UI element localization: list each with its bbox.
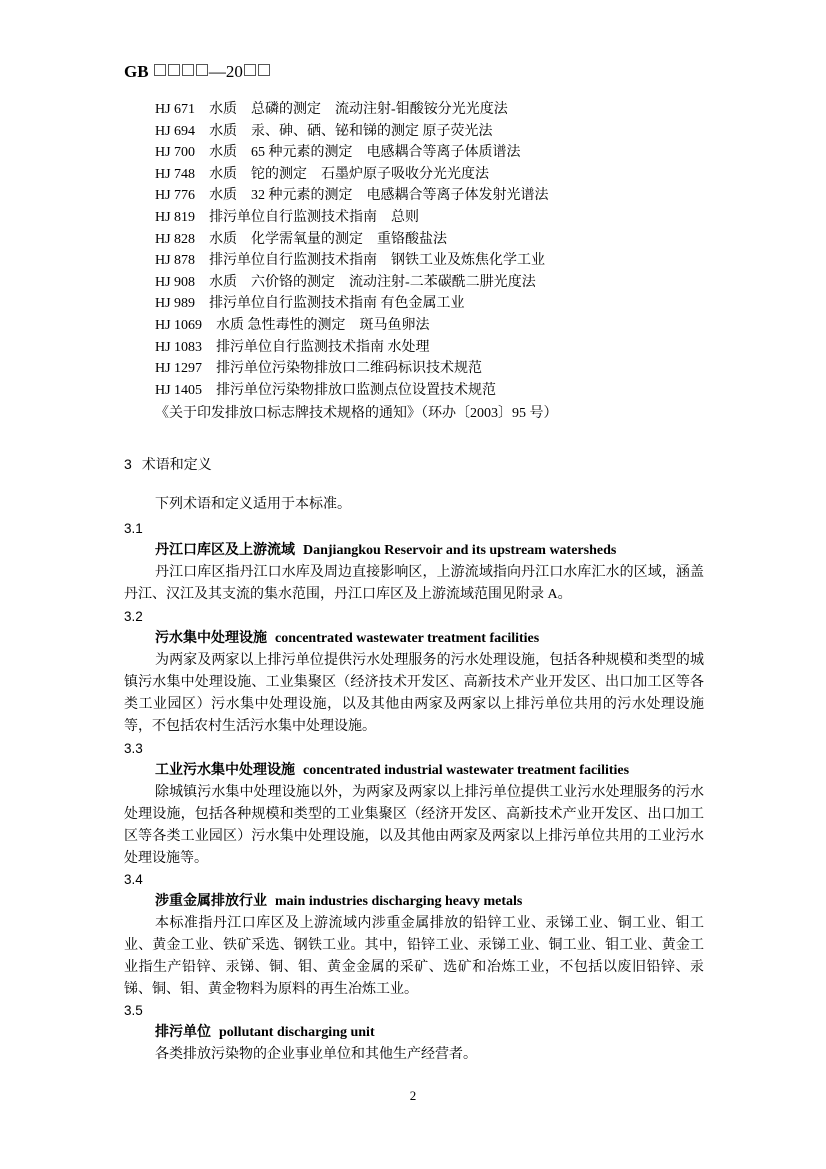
term-number: 3.5	[124, 1000, 704, 1022]
placeholder-boxes-b	[243, 62, 271, 81]
reference-title: 排污单位自行监测技术指南 钢铁工业及炼焦化学工业	[209, 253, 545, 268]
term-entry: 3.2 污水集中处理设施concentrated wastewater trea…	[124, 606, 704, 738]
document-page: GB —20 HJ 671 水质 总磷的测定 流动注射-钼酸铵分光光度法 HJ …	[0, 0, 826, 1169]
reference-code: HJ 700	[155, 142, 195, 164]
reference-item: HJ 908 水质 六价铬的测定 流动注射-二苯碳酰二肼光度法	[155, 272, 549, 294]
reference-code: HJ 694	[155, 121, 195, 143]
reference-title: 水质 65 种元素的测定 电感耦合等离子体质谱法	[209, 145, 521, 160]
reference-title: 水质 总磷的测定 流动注射-钼酸铵分光光度法	[209, 102, 508, 117]
reference-title: 排污单位自行监测技术指南 有色金属工业	[209, 296, 465, 311]
term-name-cn: 排污单位	[155, 1025, 211, 1040]
term-name-en: main industries discharging heavy metals	[275, 894, 522, 909]
section-intro: 下列术语和定义适用于本标准。	[155, 493, 351, 513]
term-definition: 为两家及两家以上排污单位提供污水处理服务的污水处理设施，包括各种规模和类型的城镇…	[124, 650, 704, 738]
term-name: 排污单位pollutant discharging unit	[124, 1022, 704, 1044]
reference-code: HJ 776	[155, 185, 195, 207]
standard-number-header: GB —20	[124, 62, 271, 82]
normative-references-list: HJ 671 水质 总磷的测定 流动注射-钼酸铵分光光度法 HJ 694 水质 …	[155, 99, 549, 401]
reference-title: 排污单位自行监测技术指南 总则	[209, 210, 419, 225]
term-entry: 3.4 涉重金属排放行业main industries discharging …	[124, 869, 704, 1001]
term-name: 涉重金属排放行业main industries discharging heav…	[124, 891, 704, 913]
reference-item: HJ 748 水质 铊的测定 石墨炉原子吸收分光光度法	[155, 164, 549, 186]
reference-code: HJ 1069	[155, 315, 202, 337]
reference-code: HJ 1405	[155, 380, 202, 402]
term-definition: 丹江口库区指丹江口水库及周边直接影响区，上游流域指向丹江口水库汇水的区域，涵盖丹…	[124, 562, 704, 606]
reference-title: 水质 汞、砷、硒、铋和锑的测定 原子荧光法	[209, 124, 493, 139]
reference-code: HJ 908	[155, 272, 195, 294]
term-definition: 除城镇污水集中处理设施以外，为两家及两家以上排污单位提供工业污水处理服务的污水处…	[124, 782, 704, 870]
placeholder-box	[154, 64, 166, 76]
term-number: 3.2	[124, 606, 704, 628]
reference-item: HJ 776 水质 32 种元素的测定 电感耦合等离子体发射光谱法	[155, 185, 549, 207]
reference-title: 水质 铊的测定 石墨炉原子吸收分光光度法	[209, 167, 489, 182]
reference-code: HJ 989	[155, 293, 195, 315]
term-name-en: pollutant discharging unit	[219, 1025, 375, 1040]
term-definition: 各类排放污染物的企业事业单位和其他生产经营者。	[124, 1044, 704, 1066]
term-name: 污水集中处理设施concentrated wastewater treatmen…	[124, 628, 704, 650]
placeholder-box	[182, 64, 194, 76]
reference-title: 水质 化学需氧量的测定 重铬酸盐法	[209, 232, 447, 247]
reference-code: HJ 1297	[155, 358, 202, 380]
reference-notice: 《关于印发排放口标志牌技术规格的通知》（环办〔2003〕95 号）	[155, 402, 558, 422]
reference-title: 排污单位污染物排放口监测点位设置技术规范	[216, 383, 496, 398]
reference-item: HJ 878 排污单位自行监测技术指南 钢铁工业及炼焦化学工业	[155, 250, 549, 272]
page-number: 2	[0, 1088, 826, 1104]
term-name: 工业污水集中处理设施concentrated industrial wastew…	[124, 760, 704, 782]
reference-title: 水质 急性毒性的测定 斑马鱼卵法	[216, 318, 430, 333]
term-name: 丹江口库区及上游流域Danjiangkou Reservoir and its …	[124, 540, 704, 562]
reference-code: HJ 828	[155, 229, 195, 251]
term-name-cn: 工业污水集中处理设施	[155, 763, 295, 778]
term-name-cn: 污水集中处理设施	[155, 631, 267, 646]
term-entry: 3.1 丹江口库区及上游流域Danjiangkou Reservoir and …	[124, 518, 704, 606]
reference-code: HJ 671	[155, 99, 195, 121]
reference-code: HJ 1083	[155, 337, 202, 359]
header-year: —20	[209, 62, 243, 81]
reference-title: 排污单位自行监测技术指南 水处理	[216, 340, 430, 355]
reference-item: HJ 1405 排污单位污染物排放口监测点位设置技术规范	[155, 380, 549, 402]
reference-title: 水质 32 种元素的测定 电感耦合等离子体发射光谱法	[209, 188, 549, 203]
term-number: 3.1	[124, 518, 704, 540]
section-number: 3	[124, 456, 132, 472]
reference-item: HJ 828 水质 化学需氧量的测定 重铬酸盐法	[155, 229, 549, 251]
term-name-en: concentrated industrial wastewater treat…	[303, 763, 629, 778]
reference-code: HJ 878	[155, 250, 195, 272]
reference-item: HJ 1083 排污单位自行监测技术指南 水处理	[155, 337, 549, 359]
reference-item: HJ 671 水质 总磷的测定 流动注射-钼酸铵分光光度法	[155, 99, 549, 121]
reference-title: 排污单位污染物排放口二维码标识技术规范	[216, 361, 482, 376]
placeholder-box	[258, 64, 270, 76]
reference-code: HJ 748	[155, 164, 195, 186]
reference-item: HJ 700 水质 65 种元素的测定 电感耦合等离子体质谱法	[155, 142, 549, 164]
term-number: 3.3	[124, 738, 704, 760]
reference-item: HJ 1069 水质 急性毒性的测定 斑马鱼卵法	[155, 315, 549, 337]
section-title: 术语和定义	[142, 456, 212, 472]
reference-item: HJ 819 排污单位自行监测技术指南 总则	[155, 207, 549, 229]
term-number: 3.4	[124, 869, 704, 891]
reference-title: 水质 六价铬的测定 流动注射-二苯碳酰二肼光度法	[209, 275, 536, 290]
term-name-cn: 涉重金属排放行业	[155, 894, 267, 909]
placeholder-box	[168, 64, 180, 76]
reference-item: HJ 694 水质 汞、砷、硒、铋和锑的测定 原子荧光法	[155, 121, 549, 143]
reference-item: HJ 989 排污单位自行监测技术指南 有色金属工业	[155, 293, 549, 315]
placeholder-boxes-a	[153, 62, 209, 81]
term-entry: 3.3 工业污水集中处理设施concentrated industrial wa…	[124, 738, 704, 870]
term-entry: 3.5 排污单位pollutant discharging unit 各类排放污…	[124, 1000, 704, 1066]
term-definition: 本标准指丹江口库区及上游流域内涉重金属排放的铅锌工业、汞锑工业、铜工业、钼工业、…	[124, 913, 704, 1001]
term-name-cn: 丹江口库区及上游流域	[155, 543, 295, 558]
header-prefix: GB	[124, 62, 149, 81]
reference-code: HJ 819	[155, 207, 195, 229]
placeholder-box	[244, 64, 256, 76]
term-name-en: Danjiangkou Reservoir and its upstream w…	[303, 543, 616, 558]
term-name-en: concentrated wastewater treatment facili…	[275, 631, 539, 646]
section-heading: 3术语和定义	[124, 454, 212, 474]
reference-item: HJ 1297 排污单位污染物排放口二维码标识技术规范	[155, 358, 549, 380]
placeholder-box	[196, 64, 208, 76]
